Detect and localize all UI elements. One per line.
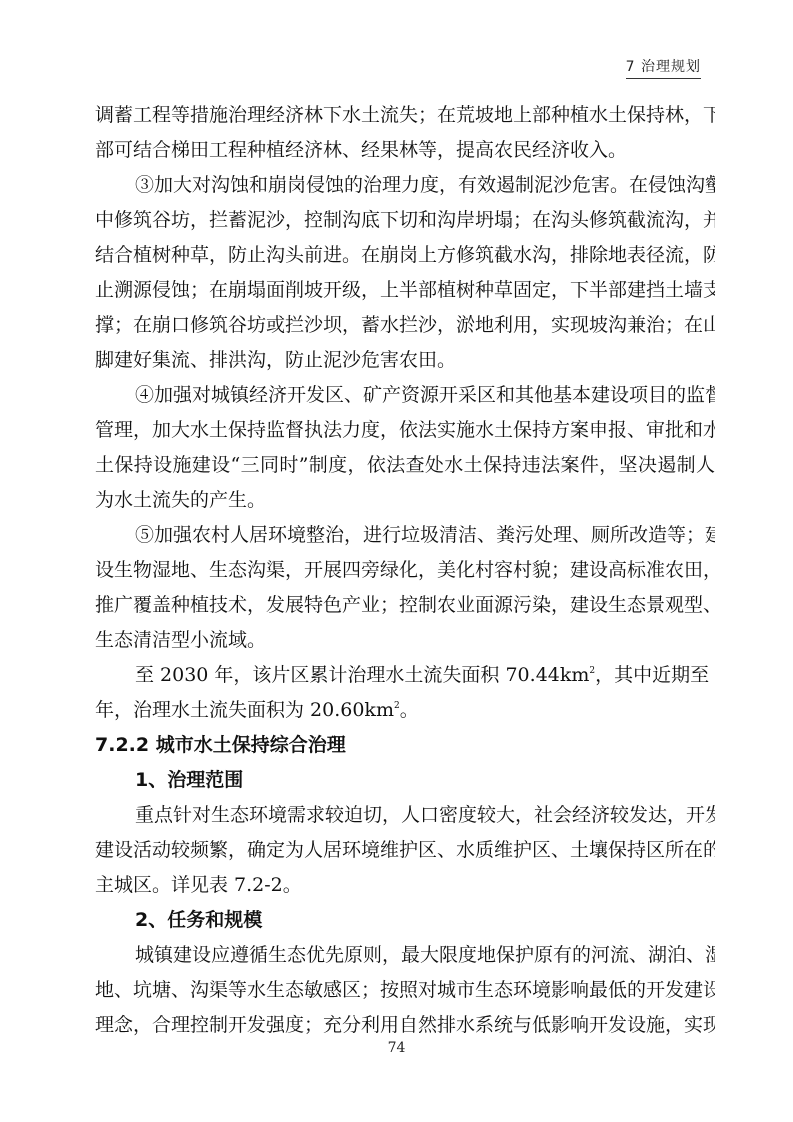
text-line: 建设活动较频繁，确定为人居环境维护区、水质维护区、土壤保持区所在的 xyxy=(95,833,715,868)
subsection-heading-tasks: 2、任务和规模 xyxy=(95,903,715,938)
text-line: 撑；在崩口修筑谷坊或拦沙坝，蓄水拦沙，淤地利用，实现坡沟兼治；在山 xyxy=(95,308,715,343)
text-line: 年，治理水土流失面积为 20.60km2。 xyxy=(95,693,715,728)
paragraph-summary: 至 2030 年，该片区累计治理水土流失面积 70.44km2，其中近期至 20… xyxy=(95,658,715,728)
text-line: ③加大对沟蚀和崩岗侵蚀的治理力度，有效遏制泥沙危害。在侵蚀沟壑 xyxy=(95,168,715,203)
text-line: 土保持设施建设“三同时”制度，依法查处水土保持违法案件，坚决遏制人 xyxy=(95,448,715,483)
subsection-heading-scope: 1、治理范围 xyxy=(95,763,715,798)
page-number: 74 xyxy=(0,1040,793,1056)
text-line: 地、坑塘、沟渠等水生态敏感区；按照对城市生态环境影响最低的开发建设 xyxy=(95,973,715,1008)
text-line: 中修筑谷坊，拦蓄泥沙，控制沟底下切和沟岸坍塌；在沟头修筑截流沟，并 xyxy=(95,203,715,238)
text-span: 。 xyxy=(400,699,419,721)
paragraph-continued: 调蓄工程等措施治理经济林下水土流失；在荒坡地上部种植水土保持林，下 部可结合梯田… xyxy=(95,98,715,168)
section-heading: 7.2.2 城市水土保持综合治理 xyxy=(95,728,715,763)
text-line: 部可结合梯田工程种植经济林、经果林等，提高农民经济收入。 xyxy=(95,133,715,168)
text-span: ，其中近期至 2025 xyxy=(595,664,715,686)
text-line: 至 2030 年，该片区累计治理水土流失面积 70.44km2，其中近期至 20… xyxy=(95,658,715,693)
text-line: 调蓄工程等措施治理经济林下水土流失；在荒坡地上部种植水土保持林，下 xyxy=(95,98,715,133)
text-span: 年，治理水土流失面积为 20.60km xyxy=(95,699,394,721)
running-header: 7 治理规划 xyxy=(626,56,701,79)
paragraph-item-4: ④加强对城镇经济开发区、矿产资源开采区和其他基本建设项目的监督 管理，加大水土保… xyxy=(95,378,715,518)
text-line: 设生物湿地、生态沟渠，开展四旁绿化，美化村容村貌；建设高标准农田， xyxy=(95,553,715,588)
text-line: 城镇建设应遵循生态优先原则，最大限度地保护原有的河流、湖泊、湿 xyxy=(95,938,715,973)
text-line: 止溯源侵蚀；在崩塌面削坡开级，上半部植树种草固定，下半部建挡土墙支 xyxy=(95,273,715,308)
text-line: 理念，合理控制开发强度；充分利用自然排水系统与低影响开发设施，实现 xyxy=(95,1008,715,1043)
text-line: ④加强对城镇经济开发区、矿产资源开采区和其他基本建设项目的监督 xyxy=(95,378,715,413)
page-body: 调蓄工程等措施治理经济林下水土流失；在荒坡地上部种植水土保持林，下 部可结合梯田… xyxy=(95,98,715,1043)
text-line: 主城区。详见表 7.2-2。 xyxy=(95,868,715,903)
text-line: 为水土流失的产生。 xyxy=(95,483,715,518)
text-span: 至 2030 年，该片区累计治理水土流失面积 70.44km xyxy=(135,664,589,686)
paragraph-tasks: 城镇建设应遵循生态优先原则，最大限度地保护原有的河流、湖泊、湿 地、坑塘、沟渠等… xyxy=(95,938,715,1043)
text-line: 管理，加大水土保持监督执法力度，依法实施水土保持方案申报、审批和水 xyxy=(95,413,715,448)
text-line: 生态清洁型小流域。 xyxy=(95,623,715,658)
text-line: 重点针对生态环境需求较迫切，人口密度较大，社会经济较发达，开发 xyxy=(95,798,715,833)
paragraph-scope: 重点针对生态环境需求较迫切，人口密度较大，社会经济较发达，开发 建设活动较频繁，… xyxy=(95,798,715,903)
text-line: 推广覆盖种植技术，发展特色产业；控制农业面源污染，建设生态景观型、 xyxy=(95,588,715,623)
text-line: 结合植树种草，防止沟头前进。在崩岗上方修筑截水沟，排除地表径流，防 xyxy=(95,238,715,273)
paragraph-item-3: ③加大对沟蚀和崩岗侵蚀的治理力度，有效遏制泥沙危害。在侵蚀沟壑 中修筑谷坊，拦蓄… xyxy=(95,168,715,378)
text-line: ⑤加强农村人居环境整治，进行垃圾清洁、粪污处理、厕所改造等；建 xyxy=(95,518,715,553)
paragraph-item-5: ⑤加强农村人居环境整治，进行垃圾清洁、粪污处理、厕所改造等；建 设生物湿地、生态… xyxy=(95,518,715,658)
text-line: 脚建好集流、排洪沟，防止泥沙危害农田。 xyxy=(95,343,715,378)
